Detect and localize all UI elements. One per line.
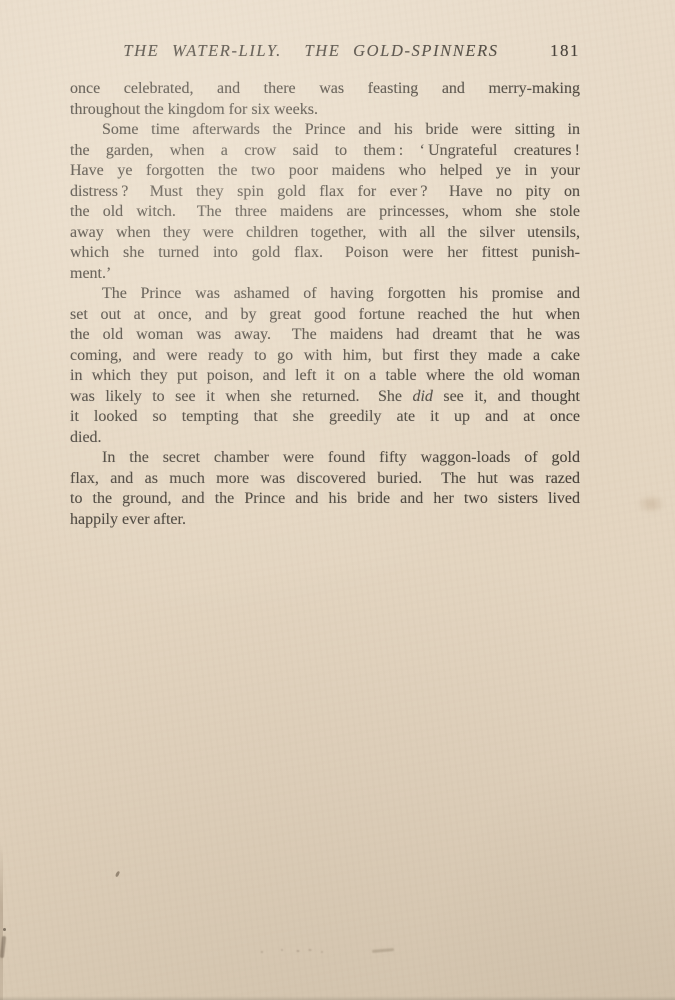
italic-word: did <box>412 388 432 405</box>
page-number: 181 <box>550 41 580 61</box>
text-line: flax, and as much more was discovered bu… <box>70 469 580 490</box>
paper-fleck <box>115 871 120 878</box>
text-line: in which they put poison, and left it on… <box>70 366 580 387</box>
text-line: The Prince was ashamed of having forgott… <box>70 284 580 305</box>
paragraph-3: The Prince was ashamed of having forgott… <box>70 284 580 448</box>
text-line: the garden, when a crow said to them : ‘… <box>70 141 580 162</box>
text-segment: see it, and thought <box>433 388 580 405</box>
running-header-title: THE WATER-LILY. THE GOLD-SPINNERS <box>56 41 566 61</box>
text-line: throughout the kingdom for six weeks. <box>70 100 580 121</box>
ghost-ink-marks <box>252 945 362 957</box>
text-line: set out at once, and by great good fortu… <box>70 305 580 326</box>
worn-page-edge <box>0 845 3 1000</box>
edge-notch-mark <box>0 936 6 958</box>
text-line: In the secret chamber were found fifty w… <box>70 448 580 469</box>
book-page: THE WATER-LILY. THE GOLD-SPINNERS 181 on… <box>0 0 675 1000</box>
text-line: happily ever after. <box>70 510 580 531</box>
body-text: once celebrated, and there was feasting … <box>70 79 580 530</box>
text-line: Some time afterwards the Prince and his … <box>70 120 580 141</box>
text-line: which she turned into gold flax. Poison … <box>70 243 580 264</box>
text-segment: was likely to see it when she returned. … <box>70 388 412 405</box>
text-line: Have ye forgotten the two poor maidens w… <box>70 161 580 182</box>
text-line: distress ? Must they spin gold flax for … <box>70 182 580 203</box>
paragraph-4: In the secret chamber were found fifty w… <box>70 448 580 530</box>
paragraph-1: once celebrated, and there was feasting … <box>70 79 580 120</box>
paragraph-2: Some time afterwards the Prince and his … <box>70 120 580 284</box>
edge-speck <box>3 928 6 931</box>
text-line: ment.’ <box>70 264 580 285</box>
text-line: died. <box>70 428 580 449</box>
bottom-page-edge <box>0 996 675 1000</box>
running-header: THE WATER-LILY. THE GOLD-SPINNERS 181 <box>70 41 580 63</box>
text-line-with-italic: was likely to see it when she returned. … <box>70 387 580 408</box>
text-line: the old witch. The three maidens are pri… <box>70 202 580 223</box>
text-line: it looked so tempting that she greedily … <box>70 407 580 428</box>
text-line: to the ground, and the Prince and his br… <box>70 489 580 510</box>
text-line: coming, and were ready to go with him, b… <box>70 346 580 367</box>
pencil-smudge <box>632 491 670 517</box>
text-line: once celebrated, and there was feasting … <box>70 79 580 100</box>
ghost-ink-dash <box>372 948 394 953</box>
text-line: away when they were children together, w… <box>70 223 580 244</box>
text-line: the old woman was away. The maidens had … <box>70 325 580 346</box>
